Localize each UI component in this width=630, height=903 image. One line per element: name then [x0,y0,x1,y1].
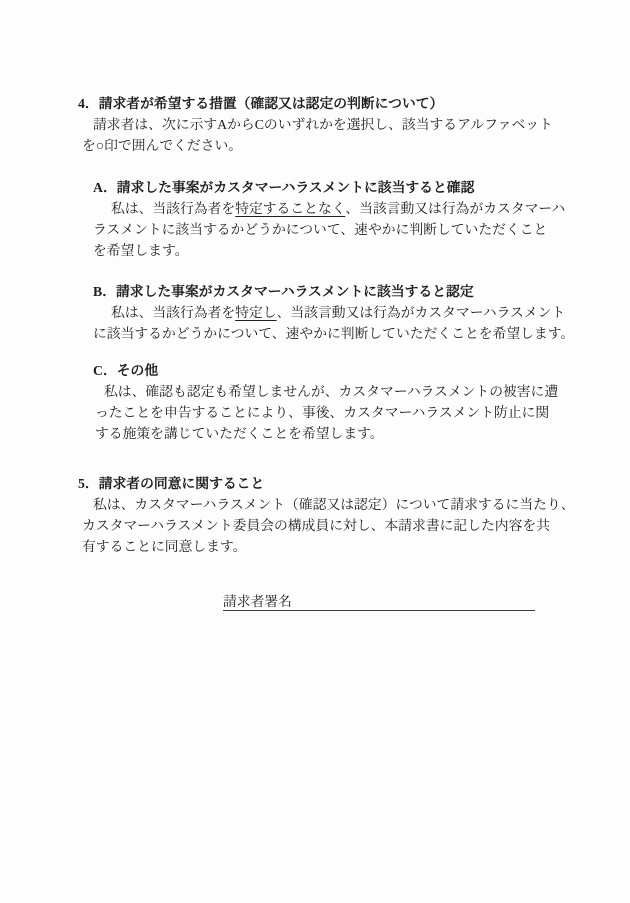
option-a-confirmation: A．請求した事案がカスタマーハラスメントに該当すると確認 私は、当該行為者を特定… [78,177,590,261]
option-c-other: C．その他 私は、確認も認定も希望しませんが、カスタマーハラスメントの被害に遭 … [78,360,590,444]
option-c-paragraph-line: ったことを申告することにより、事後、カスタマーハラスメント防止に関 [95,402,590,423]
document-page: 4．請求者が希望する措置（確認又は認定の判断について） 請求者は、次に示すAから… [0,0,630,903]
option-a-text: 、当該言動又は行為がカスタマーハ [345,201,565,216]
option-a-text: 私は、当該行為者を [111,201,235,216]
option-b-text: 、当該言動又は行為がカスタマーハラスメント [277,305,566,320]
section-5-consent: 5．請求者の同意に関すること 私は、カスタマーハラスメント（確認又は認定）につい… [78,473,590,557]
option-b-heading: B．請求した事案がカスタマーハラスメントに該当すると認定 [93,281,590,302]
section-5-heading: 5．請求者の同意に関すること [78,473,590,494]
option-b-paragraph-line: に該当するかどうかについて、速やかに判断していただくことを希望します。 [93,323,590,344]
section-4-paragraph-line: 請求者は、次に示すAからCのいずれかを選択し、該当するアルファベット [93,114,590,135]
section-4-desired-measures: 4．請求者が希望する措置（確認又は認定の判断について） 請求者は、次に示すAから… [78,93,590,156]
option-b-paragraph-line: 私は、当該行為者を特定し、当該言動又は行為がカスタマーハラスメント [111,302,590,323]
option-c-paragraph-line: 私は、確認も認定も希望しませんが、カスタマーハラスメントの被害に遭 [104,381,590,402]
signature-line: 請求者署名 [223,593,535,611]
option-b-certification: B．請求した事案がカスタマーハラスメントに該当すると認定 私は、当該行為者を特定… [78,281,590,344]
option-b-underlined-text: 特定し [235,305,276,320]
option-b-text: 私は、当該行為者を [111,305,235,320]
section-5-paragraph-line: 有することに同意します。 [82,536,590,557]
option-a-heading: A．請求した事案がカスタマーハラスメントに該当すると確認 [93,177,590,198]
section-4-heading: 4．請求者が希望する措置（確認又は認定の判断について） [78,93,590,114]
section-5-paragraph-line: カスタマーハラスメント委員会の構成員に対し、本請求書に記した内容を共 [82,515,590,536]
section-5-paragraph-line: 私は、カスタマーハラスメント（確認又は認定）について請求するに当たり、 [93,494,590,515]
option-c-heading: C．その他 [93,360,590,381]
option-c-paragraph-line: する施策を講じていただくことを希望します。 [95,423,590,444]
option-a-underlined-text: 特定することなく [235,201,345,216]
option-a-paragraph-line: ラスメントに該当するかどうかについて、速やかに判断していただくこと [93,219,590,240]
section-4-paragraph-line: を○印で囲んでください。 [82,135,590,156]
option-a-paragraph-line: 私は、当該行為者を特定することなく、当該言動又は行為がカスタマーハ [111,198,590,219]
option-a-paragraph-line: を希望します。 [93,240,590,261]
signature-label: 請求者署名 [223,594,292,609]
